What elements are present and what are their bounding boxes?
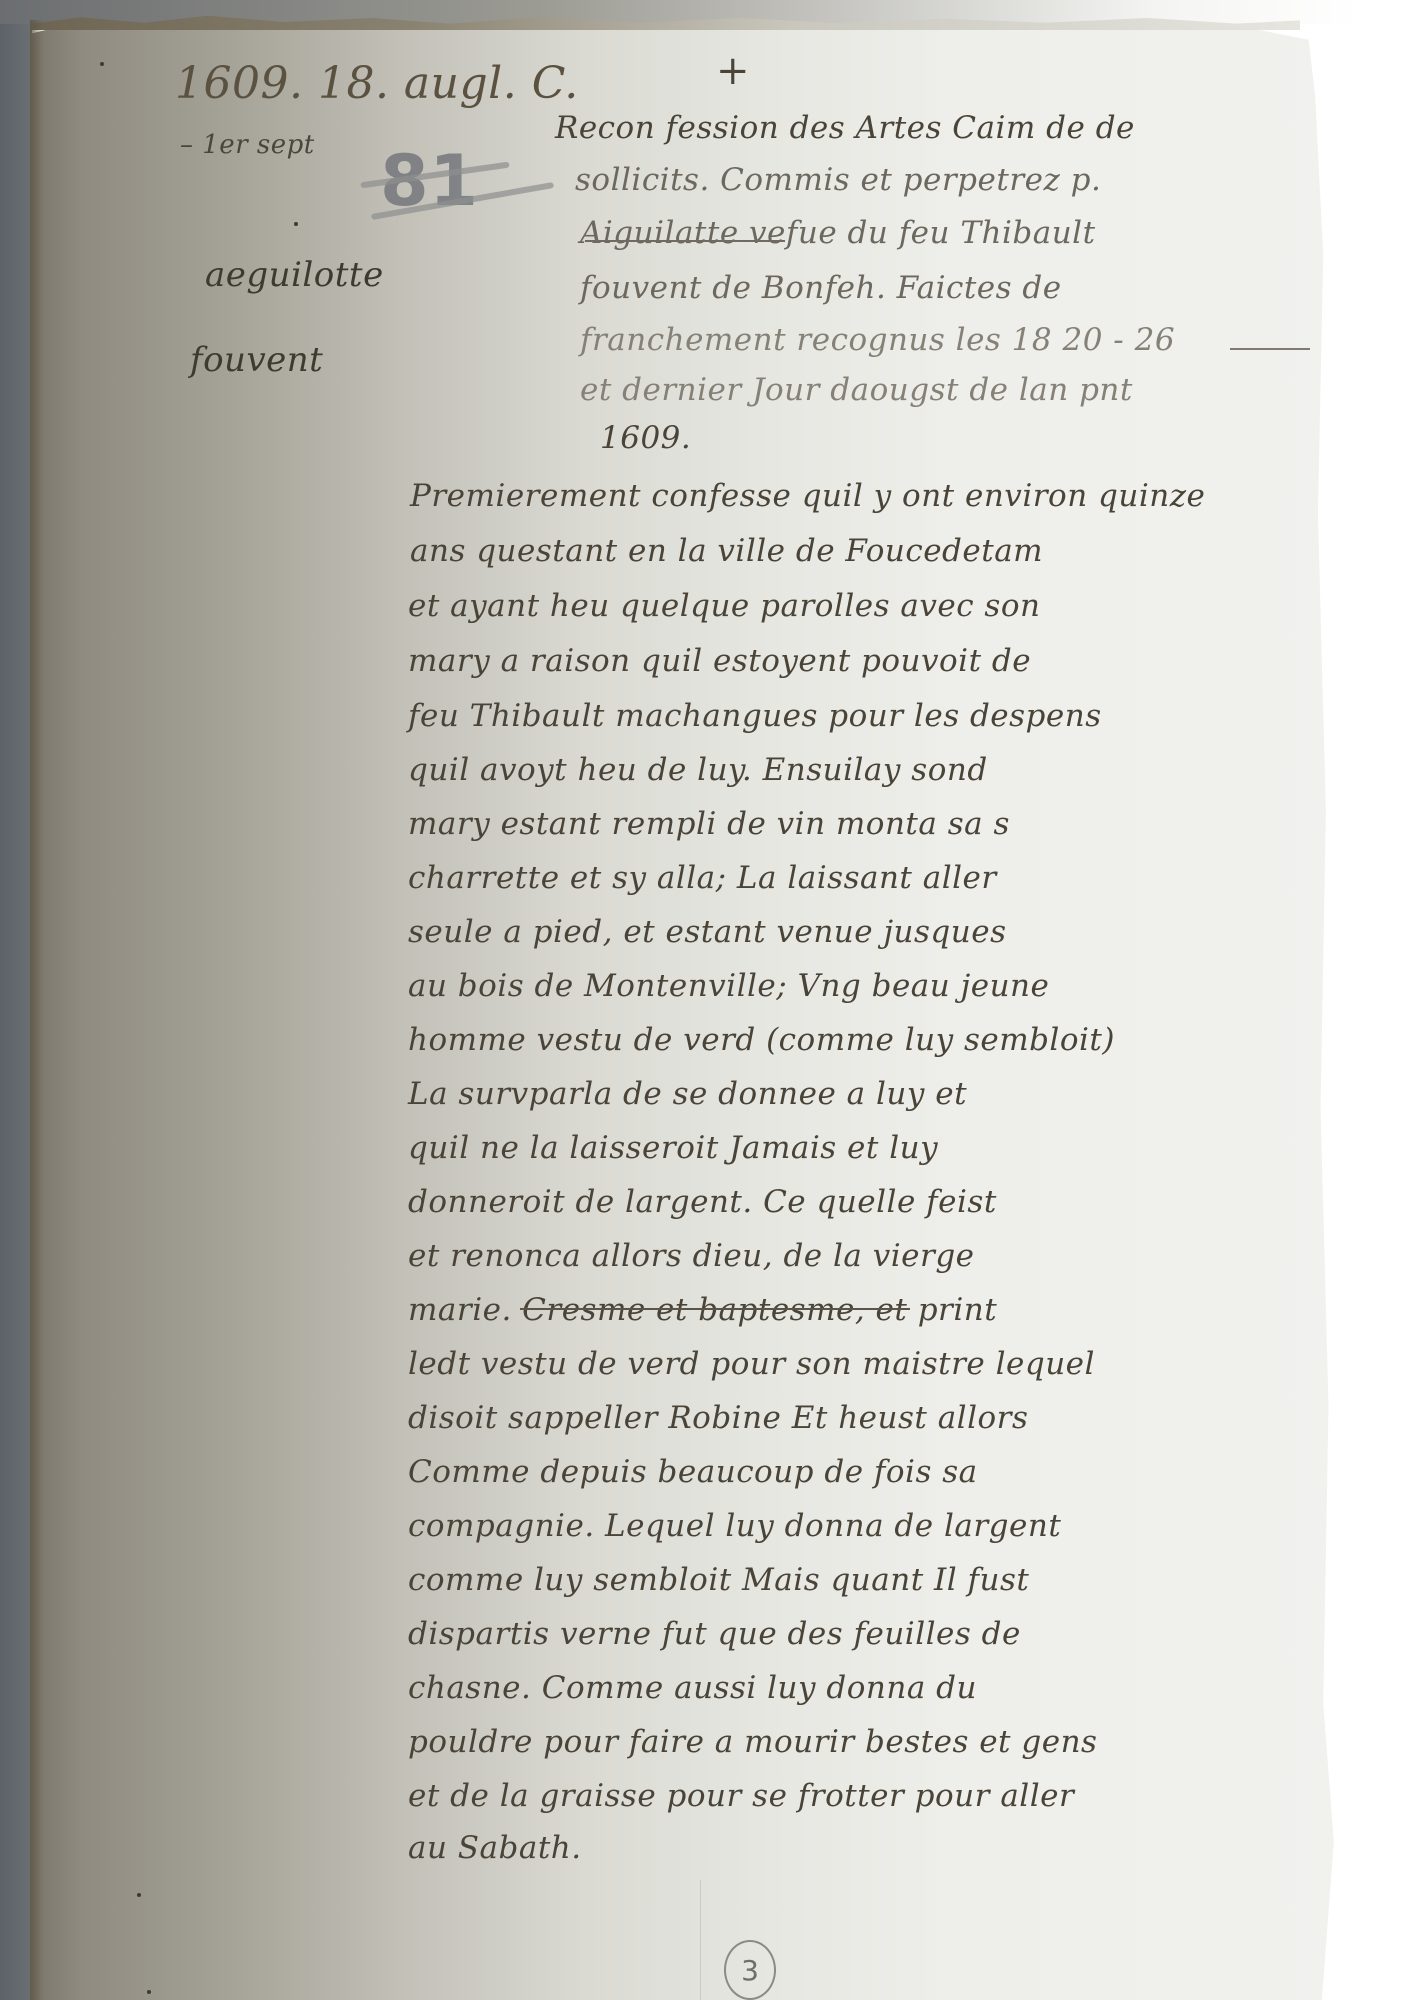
margin-date-sub: – 1er sept — [180, 130, 315, 160]
body-line: chasne. Comme aussi luy donna du — [408, 1670, 977, 1706]
body-line: disoit sappeller Robine Et heust allors — [408, 1400, 1028, 1436]
body-line: Comme depuis beaucoup de fois sa — [408, 1454, 978, 1490]
body-line: compagnie. Lequel luy donna de largent — [408, 1508, 1061, 1544]
margin-name-first: aeguilotte — [205, 255, 384, 295]
body-line: ans questant en la ville de Foucedetam — [410, 533, 1043, 569]
page-left-edge — [30, 20, 44, 2000]
fold-line — [700, 1880, 701, 2000]
ink-speck — [147, 1990, 151, 1994]
margin-name-second: fouvent — [190, 340, 323, 380]
underline-mark — [1230, 348, 1310, 350]
body-line: feu Thibault machangues pour les despens — [408, 698, 1102, 734]
ink-speck — [294, 222, 298, 226]
heading-line: franchement recognus les 18 20 - 26 — [580, 322, 1175, 358]
body-line: mary a raison quil estoyent pouvoit de — [408, 643, 1031, 679]
ink-speck — [137, 1893, 141, 1897]
heading-line: et dernier Jour daougst de lan pnt — [580, 372, 1133, 408]
body-line: Premierement confesse quil y ont environ… — [410, 478, 1205, 514]
cross-mark: + — [716, 48, 750, 94]
body-line: au Sabath. — [408, 1830, 582, 1866]
heading-line: Aiguilatte vefue du feu Thibault — [580, 215, 1096, 251]
scanner-bed-edge — [0, 0, 32, 2000]
body-line: pouldre pour faire a mourir bestes et ge… — [408, 1724, 1097, 1760]
margin-date: 1609. 18. augl. C. — [175, 58, 579, 109]
strikethrough-mark — [520, 1308, 910, 1310]
heading-line: Recon fession des Artes Caim de de — [555, 110, 1135, 146]
body-line: et ayant heu quelque parolles avec son — [408, 588, 1040, 624]
underline-mark — [585, 240, 785, 242]
body-line: dispartis verne fut que des feuilles de — [408, 1616, 1021, 1652]
body-line: donneroit de largent. Ce quelle feist — [408, 1184, 997, 1220]
body-line: La survparla de se donnee a luy et — [408, 1076, 967, 1112]
body-line: quil ne la laisseroit Jamais et luy — [408, 1130, 938, 1166]
body-line: et renonca allors dieu, de la vierge — [408, 1238, 975, 1274]
page-number: 3 — [741, 1954, 759, 1987]
body-line: et de la graisse pour se frotter pour al… — [408, 1778, 1074, 1814]
heading-line: 1609. — [600, 420, 691, 456]
heading-line: sollicits. Commis et perpetrez p. — [575, 162, 1101, 198]
body-line: comme luy sembloit Mais quant Il fust — [408, 1562, 1029, 1598]
body-line: quil avoyt heu de luy. Ensuilay sond — [408, 752, 988, 788]
body-line: seule a pied, et estant venue jusques — [408, 914, 1007, 950]
page-number-stamp: 3 — [724, 1940, 776, 2000]
body-line: au bois de Montenville; Vng beau jeune — [408, 968, 1049, 1004]
body-line: marie. Cresme et baptesme, et print — [408, 1292, 997, 1328]
scanned-manuscript: 1609. 18. augl. C. – 1er sept 81 + aegui… — [0, 0, 1414, 2000]
body-line: homme vestu de verd (comme luy sembloit) — [408, 1022, 1115, 1058]
body-line: ledt vestu de verd pour son maistre lequ… — [408, 1346, 1095, 1382]
ink-speck — [100, 62, 104, 66]
heading-line: fouvent de Bonfeh. Faictes de — [580, 270, 1062, 306]
body-line: mary estant rempli de vin monta sa s — [408, 806, 1010, 842]
body-line: charrette et sy alla; La laissant aller — [408, 860, 997, 896]
